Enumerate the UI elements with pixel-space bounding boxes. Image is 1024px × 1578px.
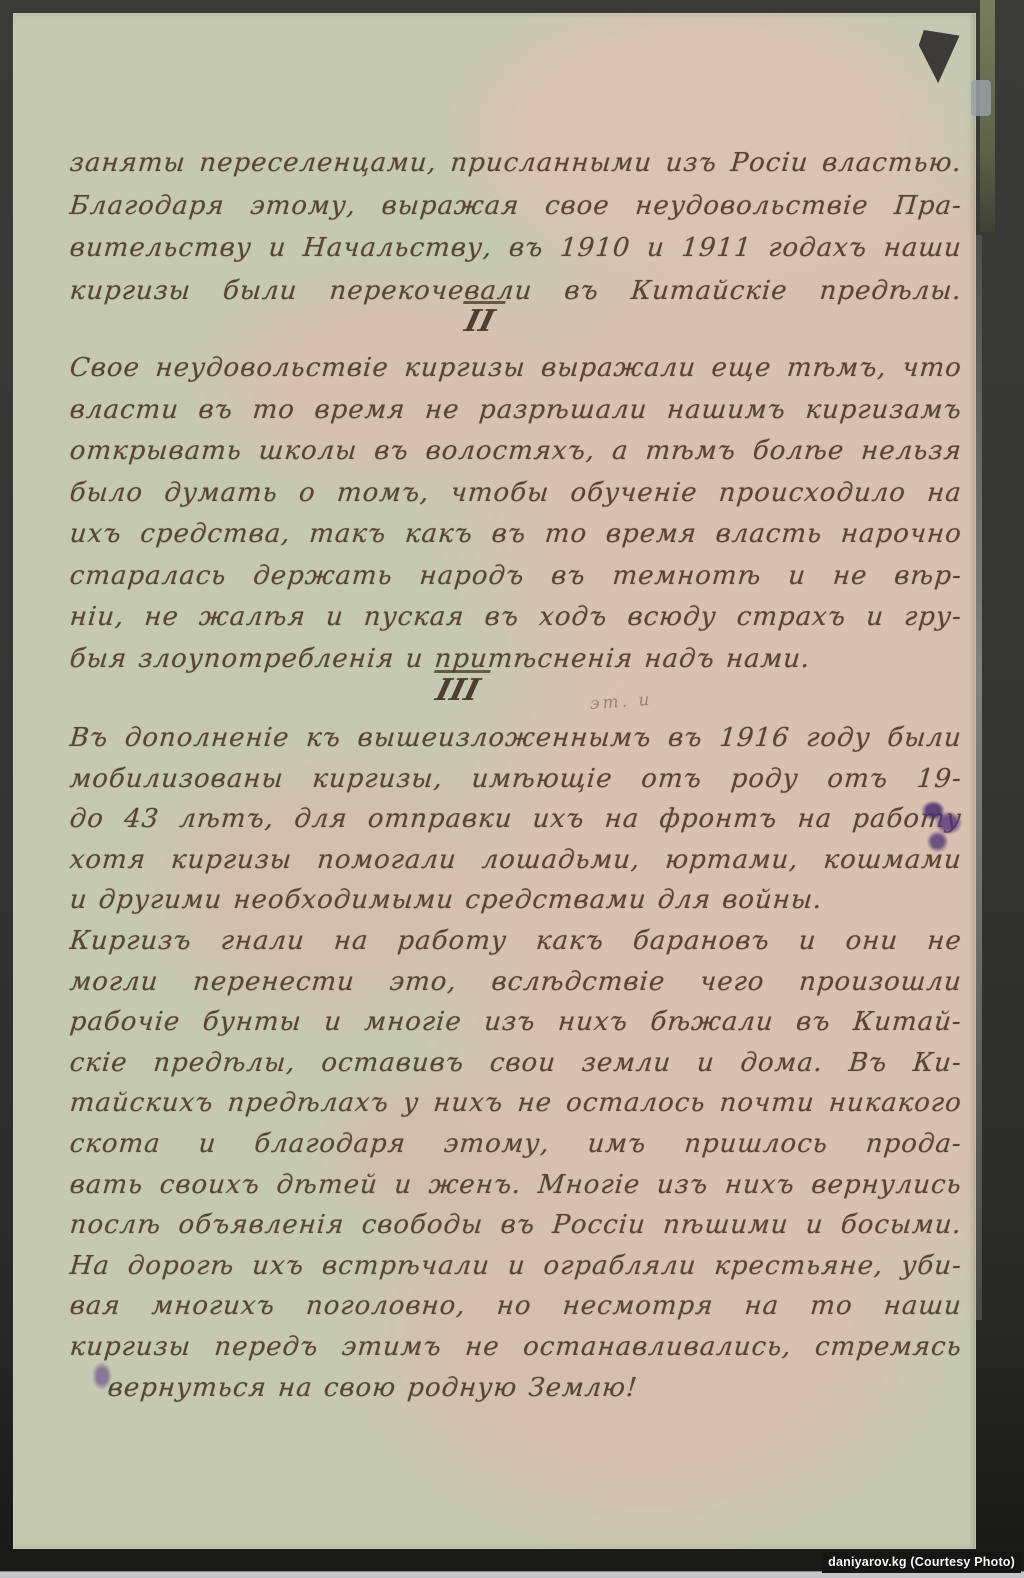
purple-ink-blot	[920, 795, 964, 857]
photo-credit-watermark: daniyarov.kg (Courtesy Photo)	[822, 1552, 1021, 1573]
manuscript-line: Въ дополненіе къ вышеизложеннымъ въ 1916…	[68, 718, 964, 759]
manuscript-line: вительству и Начальству, въ 1910 и 1911 …	[68, 227, 964, 270]
manuscript-line: скота и благодаря этому, имъ пришлось пр…	[68, 1124, 964, 1165]
opening-paragraph: заняты переселенцами, присланными изъ Ро…	[68, 142, 960, 312]
manuscript-line: могли перенести это, вслѣдствіе чего про…	[68, 962, 964, 1003]
manuscript-line: вая многихъ поголовно, но несмотря на то…	[68, 1286, 964, 1327]
manuscript-line: Свое неудовольствіе киргизы выражали еще…	[68, 348, 964, 390]
photo-of-manuscript: заняты переселенцами, присланными изъ Ро…	[0, 0, 1024, 1578]
manuscript-line: вать своихъ дѣтей и женъ. Многіе изъ них…	[68, 1165, 964, 1206]
section-iii-paragraph: Въ дополненіе къ вышеизложеннымъ въ 1916…	[68, 718, 960, 1408]
manuscript-line: рабочіе бунты и многіе изъ нихъ бѣжали в…	[68, 1002, 964, 1043]
manuscript-line: было думать о томъ, чтобы обученіе проис…	[68, 473, 964, 515]
manuscript-line: Благодаря этому, выражая свое неудовольс…	[68, 185, 964, 228]
manuscript-line: ніи, не жалѣя и пуская въ ходъ всюду стр…	[68, 597, 964, 639]
stray-ink-marks: эт. и	[589, 690, 653, 714]
manuscript-line: послѣ объявленія свободы въ Россіи пѣшим…	[68, 1205, 964, 1246]
section-iii-numeral: III	[426, 670, 492, 708]
manuscript-page: заняты переселенцами, присланными изъ Ро…	[13, 13, 976, 1549]
manuscript-line: тайскихъ предѣлахъ у нихъ не осталось по…	[68, 1083, 964, 1124]
manuscript-line: ихъ средства, такъ какъ въ то время влас…	[68, 514, 964, 556]
section-ii-numeral: II	[455, 301, 507, 339]
manuscript-line: заняты переселенцами, присланными изъ Ро…	[68, 142, 964, 185]
manuscript-line: мобилизованы киргизы, имѣющіе отъ роду о…	[68, 759, 964, 800]
section-ii-paragraph: Свое неудовольствіе киргизы выражали еще…	[68, 348, 960, 680]
corner-fold-mark	[916, 30, 960, 85]
manuscript-line: вернуться на свою родную Землю!	[106, 1368, 695, 1409]
manuscript-line: На дорогѣ ихъ встрѣчали и ограбляли крес…	[68, 1246, 964, 1287]
section-heading: II	[13, 301, 962, 339]
manuscript-line: Киргизъ гнали на работу какъ барановъ и …	[68, 921, 964, 962]
manuscript-line: киргизы передъ этимъ не останавливались,…	[68, 1327, 964, 1368]
section-heading: III	[13, 670, 940, 708]
manuscript-line: старалась держать народъ въ темнотѣ и не…	[68, 556, 964, 598]
paper-edge-patch	[971, 80, 991, 116]
manuscript-line: хотя киргизы помогали лошадьми, юртами, …	[68, 840, 964, 881]
manuscript-line: скіе предѣлы, оставивъ свои земли и дома…	[68, 1043, 964, 1084]
paper-edge-strip	[980, 0, 995, 232]
manuscript-line: открывать школы въ волостяхъ, а тѣмъ бол…	[68, 431, 964, 473]
manuscript-line: и другими необходимыми средствами для во…	[68, 880, 964, 921]
manuscript-line: до 43 лѣтъ, для отправки ихъ на фронтъ н…	[68, 799, 964, 840]
paper-edge-highlight	[976, 235, 982, 1320]
purple-ink-smear	[88, 1358, 116, 1394]
manuscript-line: власти въ то время не разрѣшали нашимъ к…	[68, 390, 964, 432]
